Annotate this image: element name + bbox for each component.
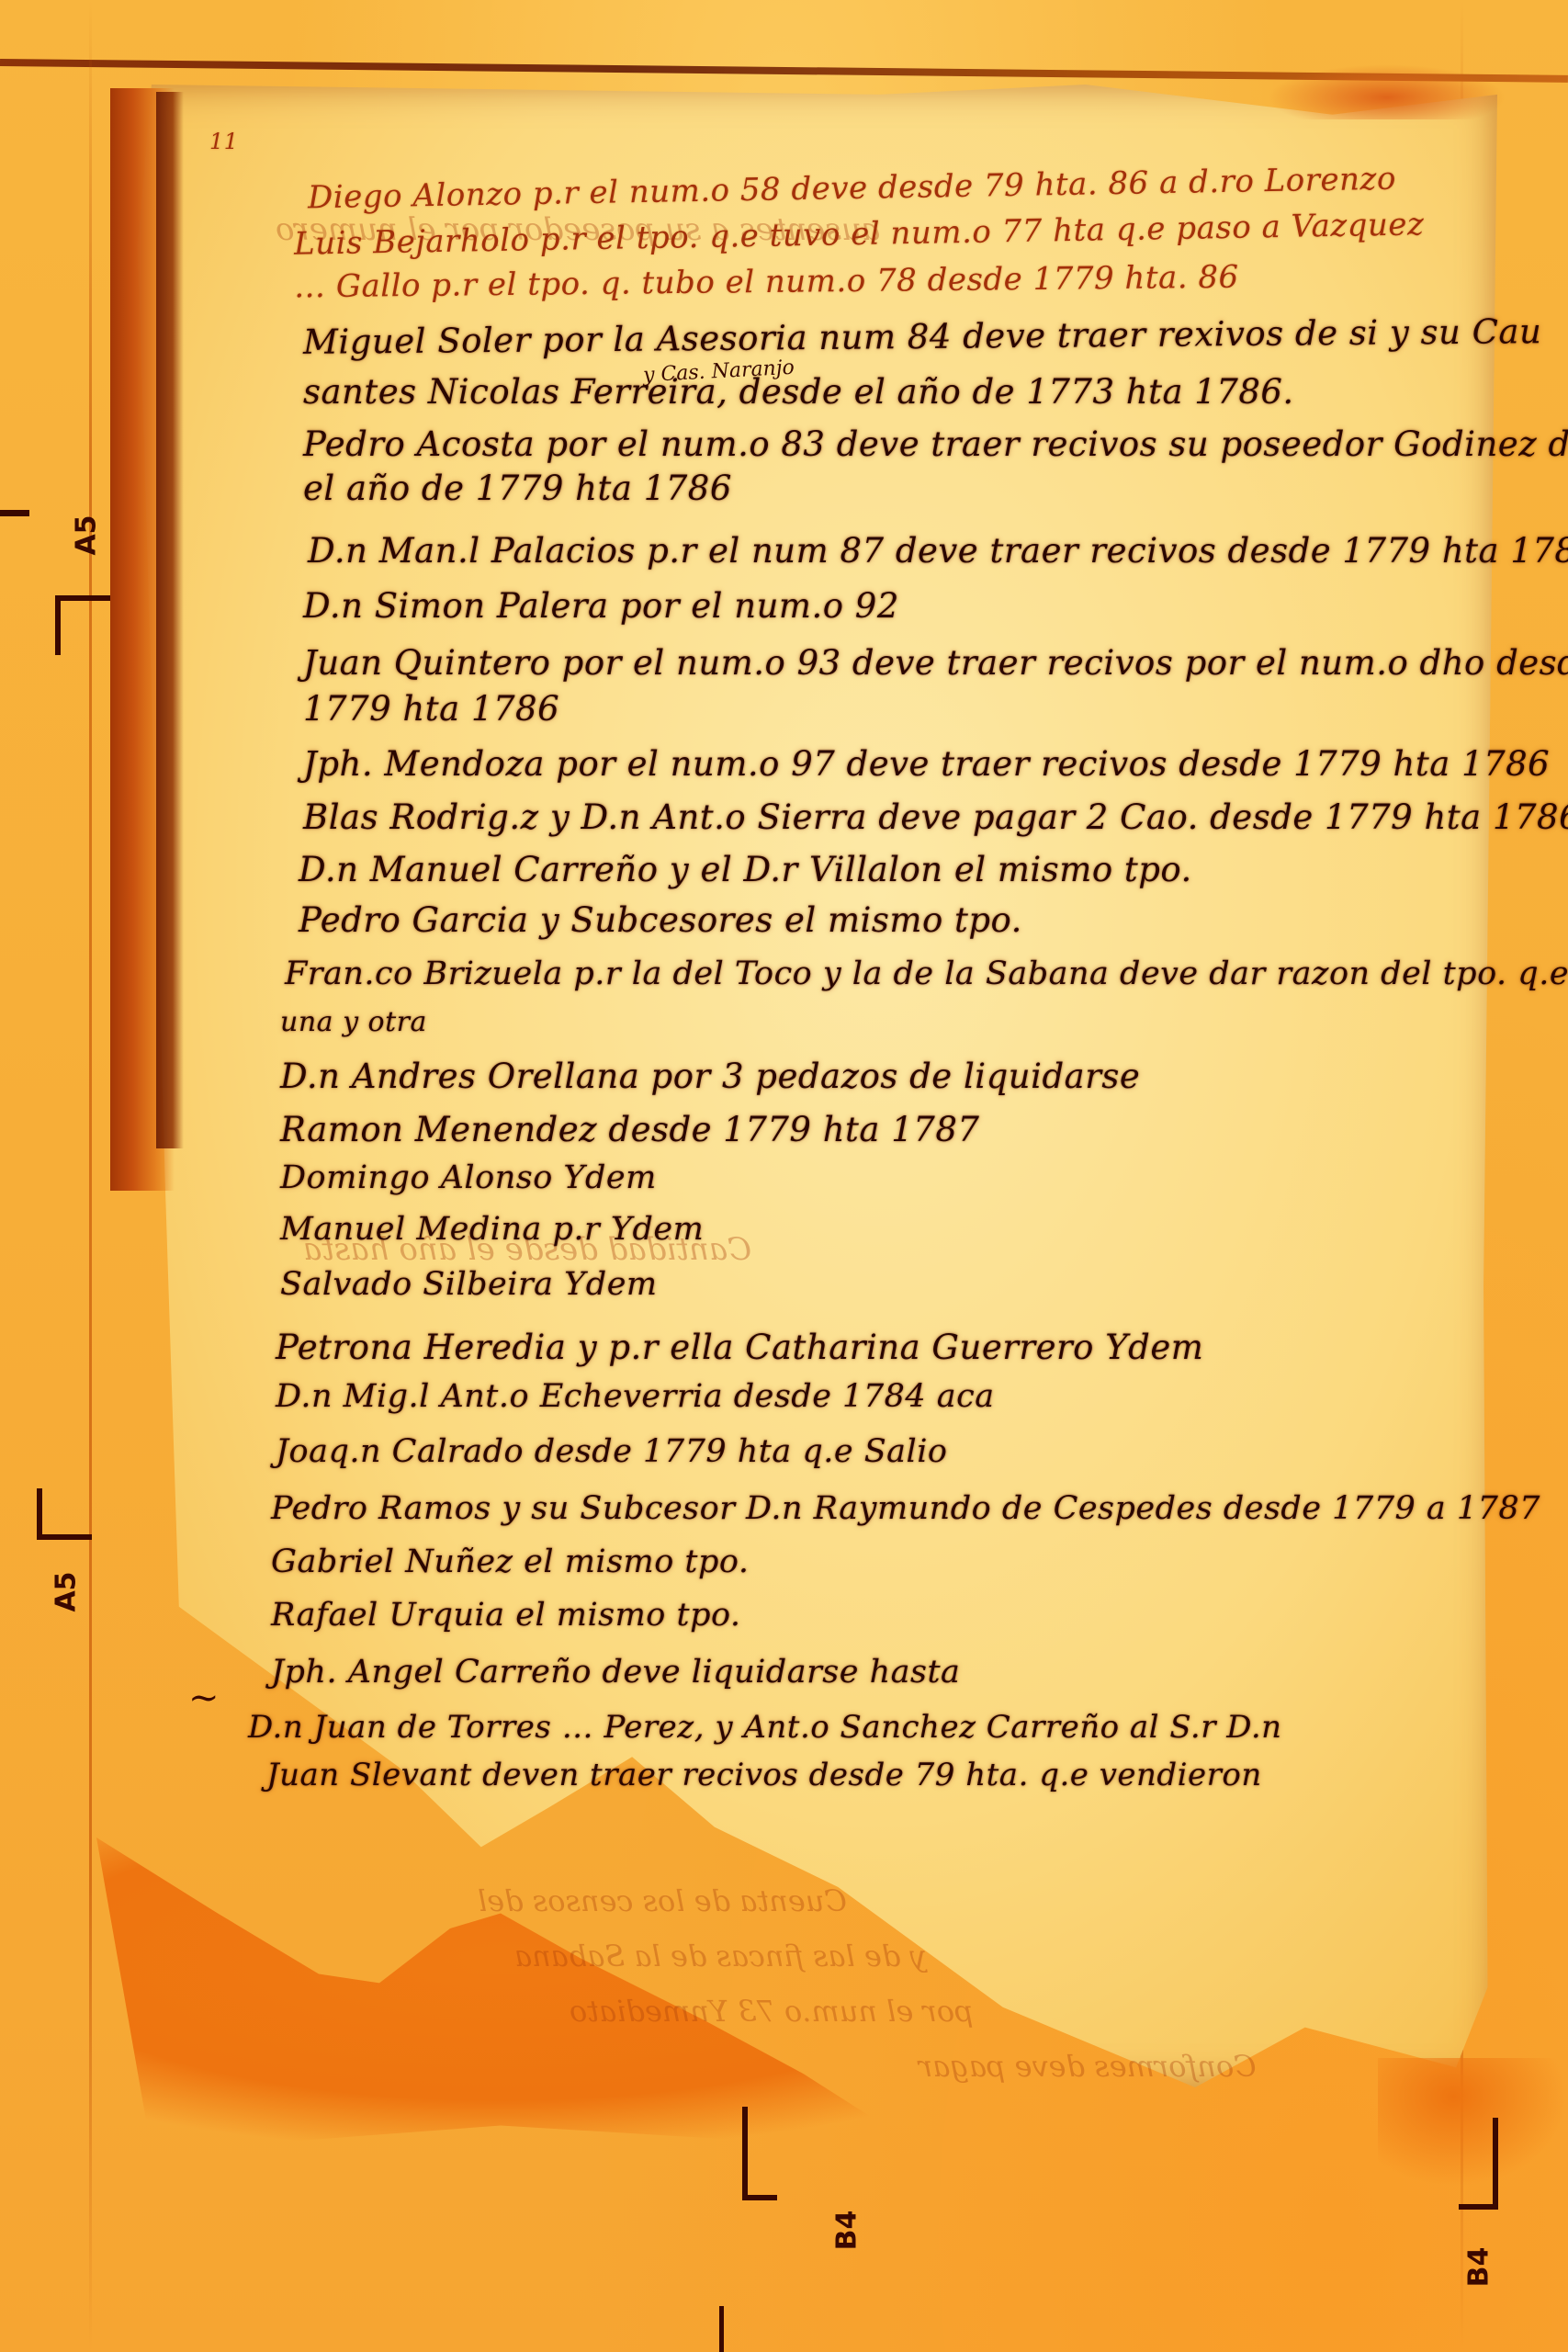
crop-bracket-horizontal — [55, 595, 110, 601]
manuscript-line: Juan Slevant deven traer recivos desde 7… — [266, 1757, 1262, 1793]
margin-tick — [0, 510, 29, 516]
bleed-through-text: y de las fincas de la Sabana — [514, 1939, 927, 1973]
crop-bracket-vertical — [719, 2306, 724, 2352]
manuscript-line: Pedro Acosta por el num.o 83 deve traer … — [303, 424, 1568, 464]
manuscript-line: Pedro Garcia y Subcesores el mismo tpo. — [299, 900, 1022, 940]
manuscript-line: Juan Quintero por el num.o 93 deve traer… — [303, 643, 1568, 683]
margin-tilde-mark: ~ — [188, 1677, 220, 1719]
margin-label-a5-upper: A5 — [71, 514, 103, 555]
margin-label-a5-lower: A5 — [51, 1571, 83, 1611]
manuscript-line: Joaq.n Calrado desde 1779 hta q.e Salio — [276, 1433, 948, 1470]
page-number-mark: 11 — [209, 129, 239, 154]
manuscript-line: D.n Manuel Carreño y el D.r Villalon el … — [299, 850, 1192, 889]
burned-left-margin — [156, 92, 184, 1148]
crop-bracket-horizontal — [1459, 2204, 1498, 2210]
manuscript-line: 1779 hta 1786 — [303, 689, 559, 729]
top-right-stain — [1268, 64, 1506, 119]
crop-bracket-horizontal — [37, 1534, 92, 1540]
water-damage-bottom-right — [1378, 2058, 1568, 2187]
manuscript-line: una y otra — [280, 1006, 427, 1038]
bleed-through-text: Cuenta de los censos del — [478, 1883, 847, 1918]
manuscript-line: D.n Mig.l Ant.o Echeverria desde 1784 ac… — [276, 1378, 995, 1415]
manuscript-line: D.n Andres Orellana por 3 pedazos de liq… — [280, 1057, 1140, 1096]
crop-bracket-vertical — [55, 595, 61, 655]
manuscript-line: Jph. Angel Carreño deve liquidarse hasta — [271, 1654, 960, 1690]
bleed-through-text: por el num.o 73 Ynmediato — [570, 1994, 974, 2029]
margin-label-b4-right: B4 — [1462, 2247, 1495, 2288]
manuscript-line: Petrona Heredia y p.r ella Catharina Gue… — [276, 1328, 1203, 1367]
crop-bracket-vertical — [742, 2107, 748, 2200]
crop-bracket-vertical — [1493, 2118, 1498, 2210]
margin-label-b4-center: B4 — [830, 2211, 863, 2251]
manuscript-line: Domingo Alonso Ydem — [280, 1159, 657, 1196]
manuscript-line: Manuel Medina p.r Ydem — [280, 1211, 704, 1248]
manuscript-line: Gabriel Nuñez el mismo tpo. — [271, 1543, 750, 1580]
manuscript-line: Jph. Mendoza por el num.o 97 deve traer … — [303, 744, 1550, 784]
fold-line-left — [89, 0, 92, 2352]
manuscript-line: Blas Rodrig.z y D.n Ant.o Sierra deve pa… — [303, 797, 1568, 837]
crop-bracket-horizontal — [742, 2195, 777, 2200]
manuscript-line: el año de 1779 hta 1786 — [303, 469, 732, 508]
manuscript-line: Ramon Menendez desde 1779 hta 1787 — [280, 1110, 979, 1149]
bleed-through-text: Conformes deve pagar — [919, 2049, 1257, 2084]
manuscript-line: D.n Simon Palera por el num.o 92 — [303, 586, 899, 626]
manuscript-line: D.n Juan de Torres … Perez, y Ant.o Sanc… — [248, 1709, 1282, 1746]
manuscript-line: D.n Man.l Palacios p.r el num 87 deve tr… — [308, 531, 1568, 571]
manuscript-line: Pedro Ramos y su Subcesor D.n Raymundo d… — [271, 1490, 1540, 1527]
manuscript-line: Fran.co Brizuela p.r la del Toco y la de… — [285, 955, 1568, 992]
crop-bracket-vertical — [37, 1488, 42, 1539]
manuscript-line: Rafael Urquia el mismo tpo. — [271, 1597, 741, 1634]
manuscript-line: santes Nicolas Ferreira, desde el año de… — [303, 372, 1294, 412]
manuscript-line: Salvado Silbeira Ydem — [280, 1266, 658, 1303]
